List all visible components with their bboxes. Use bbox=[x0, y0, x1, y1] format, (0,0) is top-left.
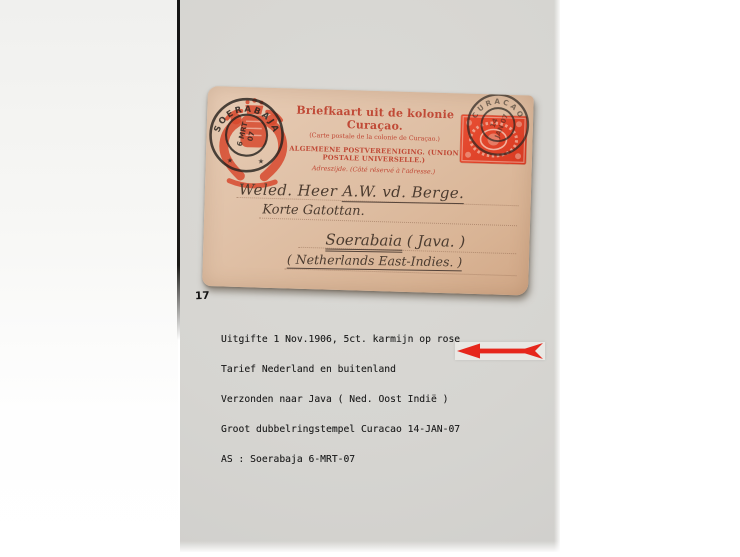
handwritten-country: ( Netherlands East-Indies. ) bbox=[287, 252, 463, 272]
address-dotted-line bbox=[259, 218, 517, 227]
postal-card: SOERABAJA ★ ★ 6 MRT 07 Briefkaart uit de… bbox=[202, 86, 534, 296]
departure-postmark-icon: CURACAO 14 JAN 07 bbox=[462, 89, 534, 161]
photo-bottom-fade bbox=[180, 541, 560, 553]
page-left-margin bbox=[0, 0, 178, 557]
card-postal-union-line: ALGEMEENE POSTVEREENIGING. (UNION POSTAL… bbox=[270, 144, 478, 166]
handwritten-city: Soerabaia bbox=[325, 231, 402, 253]
photo-right-fade bbox=[554, 0, 561, 552]
caption-line: Uitgifte 1 Nov.1906, 5ct. karmijn op ros… bbox=[221, 335, 460, 345]
handwritten-region: ( Java. ) bbox=[402, 232, 465, 251]
handwritten-city-line: Soerabaia ( Java. ) bbox=[325, 231, 465, 251]
red-arrow-marker bbox=[455, 342, 545, 360]
caption-line: AS : Soerabaja 6-MRT-07 bbox=[221, 455, 460, 465]
card-header: Briefkaart uit de kolonie Curaçao. (Cart… bbox=[270, 103, 480, 177]
arrival-postmark-year: 07 bbox=[245, 130, 256, 142]
caption-line: Tarief Nederland en buitenland bbox=[221, 365, 460, 375]
typed-caption: Uitgifte 1 Nov.1906, 5ct. karmijn op ros… bbox=[221, 315, 460, 485]
item-number: 17 bbox=[195, 290, 210, 303]
album-page-scan: SOERABAJA ★ ★ 6 MRT 07 Briefkaart uit de… bbox=[0, 0, 740, 557]
left-arrow-icon bbox=[455, 342, 545, 360]
addressee-prefix: Weled. Heer bbox=[239, 181, 343, 201]
handwritten-street: Korte Gatottan. bbox=[262, 202, 365, 219]
postmark-star-icon: ★ bbox=[227, 157, 234, 165]
card-title: Briefkaart uit de kolonie Curaçao. bbox=[271, 103, 480, 135]
caption-line: Groot dubbelringstempel Curacao 14-JAN-0… bbox=[221, 425, 460, 435]
postmark-star-icon: ★ bbox=[258, 158, 265, 166]
addressee-name: A.W. vd. Berge. bbox=[342, 182, 464, 204]
handwritten-addressee: Weled. Heer A.W. vd. Berge. bbox=[239, 181, 465, 203]
caption-line: Verzonden naar Java ( Ned. Oost Indië ) bbox=[221, 395, 460, 405]
